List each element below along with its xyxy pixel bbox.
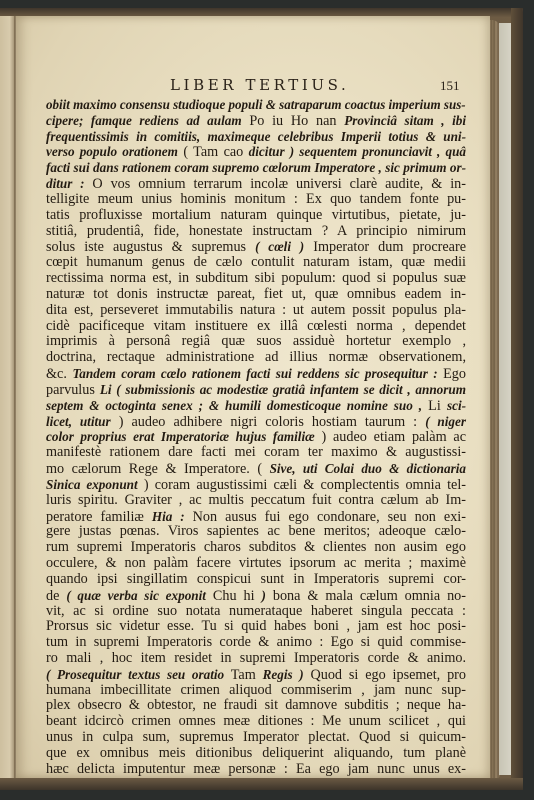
italic-text-segment: ( quæ verba sic exponit — [66, 588, 206, 603]
text-line: facti sui dans rationem coram supremo cœ… — [46, 160, 466, 176]
roman-text-segment: tatis profluxisse mortalium naturam quin… — [46, 207, 466, 223]
roman-text-segment: ) audeo etiam palàm ac — [315, 429, 466, 445]
italic-text-segment: Li ( submissionis ac modestiæ gratiâ inf… — [100, 382, 466, 397]
roman-text-segment: occulere, & non palàm facere virtutes ip… — [46, 555, 466, 571]
text-line: Sinica exponunt ) coram augustissimi cæl… — [46, 477, 466, 493]
roman-text-segment: plex obsecro & obtestor, ne fraudi sit d… — [46, 697, 466, 713]
text-line: beant idcircò crimen omnes meæ ditiones … — [46, 714, 466, 730]
roman-text-segment: luris spiritu. Graviter , ac multis pecc… — [46, 492, 466, 508]
roman-text-segment: cidè pacificeque vitam instituere ex ill… — [46, 318, 466, 334]
text-line: occulere, & non palàm facere virtutes ip… — [46, 556, 466, 572]
roman-text-segment: imprimis à personâ regiâ quæ suos assidu… — [46, 333, 466, 349]
roman-text-segment: unus in culpa sum, supremus Imperator pl… — [46, 729, 466, 745]
italic-text-segment: ( niger — [425, 414, 466, 429]
italic-text-segment: sci- — [447, 398, 466, 413]
text-line: ( Prosequitur textus seu oratio Tam Regi… — [46, 667, 466, 683]
roman-text-segment: dita est, perseveret immutabilis natura … — [46, 302, 466, 318]
roman-text-segment: Imperator dum procreare — [304, 239, 466, 255]
roman-text-segment: ( Tam cao — [178, 144, 249, 160]
text-line: verso populo orationem ( Tam cao dicitur… — [46, 144, 466, 160]
text-line: obiit maximo consensu studioque populi &… — [46, 97, 461, 113]
text-line: vit, ac si ordine suo notata numerataque… — [46, 604, 466, 620]
running-head-title: LIBER TERTIUS. — [170, 76, 349, 94]
roman-text-segment: mo cælorum Rege & Imperatore. ( — [46, 461, 270, 477]
italic-text-segment: facti sui dans rationem coram supremo cœ… — [46, 160, 466, 175]
text-line: cœpit humanum genus de cælo contulit nat… — [46, 255, 466, 271]
roman-text-segment: O vos omnium terrarum incolæ universi cl… — [84, 176, 466, 192]
roman-text-segment: Li — [422, 398, 447, 414]
roman-text-segment: humana imbecillitate crimen aliquod comm… — [46, 682, 466, 698]
italic-text-segment: ( cœli ) — [255, 239, 304, 254]
text-line: stitiâ, prudentiâ, fide, honestate instr… — [46, 224, 466, 240]
roman-text-segment: tum in supremi Imperatoris corde & animo… — [46, 634, 466, 650]
text-line: luris spiritu. Graviter , ac multis pecc… — [46, 493, 466, 509]
text-line: cipere; famque rediens ad aulam Po iu Ho… — [46, 113, 466, 129]
text-line: hæc delicta imputentur meæ personæ : Ea … — [46, 762, 466, 778]
roman-text-segment: gere justas pœnas. Viros sapientes ac be… — [46, 523, 466, 539]
text-line: tatis profluxisse mortalium naturam quin… — [46, 208, 466, 224]
text-line: telligite meum unius hominis monitum : E… — [46, 192, 466, 208]
roman-text-segment: peratore familiæ — [46, 509, 152, 525]
italic-text-segment: obiit maximo consensu studioque populi &… — [46, 97, 466, 112]
roman-text-segment: naturæ tot donis instructæ pareat, fiet … — [46, 286, 466, 302]
page-number: 151 — [440, 78, 460, 94]
italic-text-segment: cipere; famque rediens ad aulam — [46, 113, 242, 128]
roman-text-segment: que ex omnibus meis ditionibus deliqueri… — [46, 745, 466, 761]
text-line: solus iste augustus & supremus ( cœli ) … — [46, 239, 466, 255]
roman-text-segment: de — [46, 588, 66, 604]
text-line: gere justas pœnas. Viros sapientes ac be… — [46, 524, 466, 540]
body-text: obiit maximo consensu studioque populi &… — [46, 97, 466, 778]
roman-text-segment: manifestè rationem dare facti mei coram … — [46, 444, 466, 460]
text-line: imprimis à personâ regiâ quæ suos assidu… — [46, 334, 466, 350]
italic-text-segment: licet, utitur — [46, 414, 111, 429]
text-line: tum in supremi Imperatoris corde & animo… — [46, 635, 466, 651]
roman-text-segment: Prorsus sic videtur esse. Tu si quid hab… — [46, 618, 466, 634]
roman-text-segment: Tam — [224, 667, 262, 683]
text-line: color proprius erat Imperatoriæ hujus fa… — [46, 429, 466, 445]
text-line: septem & octoginta senex ; & humili dome… — [46, 398, 466, 414]
text-line: mo cælorum Rege & Imperatore. ( Sive, ut… — [46, 461, 466, 477]
roman-text-segment: ro mali , hoc item residet in supremi Im… — [46, 650, 466, 666]
roman-text-segment: ) audeo adhibere nigri coloris hostiam t… — [111, 414, 426, 430]
roman-text-segment: Non ausus fui ego condonare, seu non exi… — [185, 509, 466, 525]
scan-background: LIBER TERTIUS. 151 obiit maximo consensu… — [0, 0, 534, 800]
text-line: rum supremi Imperatoris charos subditos … — [46, 540, 466, 556]
roman-text-segment: beant idcircò crimen omnes meæ ditiones … — [46, 713, 466, 729]
text-line: manifestè rationem dare facti mei coram … — [46, 445, 466, 461]
text-line: cidè pacificeque vitam instituere ex ill… — [46, 319, 466, 335]
italic-text-segment: ditur : — [46, 176, 84, 191]
text-line: parvulus Li ( submissionis ac modestiæ g… — [46, 382, 466, 398]
roman-text-segment: quando ipsi singillatim conspicui sunt i… — [46, 571, 466, 587]
roman-text-segment: parvulus — [46, 382, 100, 398]
italic-text-segment: septem & octoginta senex ; & humili dome… — [46, 398, 422, 413]
roman-text-segment: telligite meum unius hominis monitum : E… — [46, 191, 466, 207]
text-line: &c. Tandem coram cælo rationem facti sui… — [46, 366, 466, 382]
roman-text-segment: hæc delicta imputentur meæ personæ : Ea … — [46, 761, 466, 777]
text-line: de ( quæ verba sic exponit Chu hi ) bona… — [46, 588, 466, 604]
italic-text-segment: verso populo orationem — [46, 144, 178, 159]
running-head: LIBER TERTIUS. 151 — [140, 76, 470, 96]
text-line: que ex omnibus meis ditionibus deliqueri… — [46, 746, 466, 762]
text-line: ro mali , hoc item residet in supremi Im… — [46, 651, 466, 667]
roman-text-segment: cœpit humanum genus de cælo contulit nat… — [46, 254, 466, 270]
text-line: frequentissimis in comitiis, maximeque c… — [46, 129, 466, 145]
text-line: Prorsus sic videtur esse. Tu si quid hab… — [46, 619, 466, 635]
text-line: quando ipsi singillatim conspicui sunt i… — [46, 572, 466, 588]
italic-text-segment: Hia : — [152, 509, 185, 524]
text-line: unus in culpa sum, supremus Imperator pl… — [46, 730, 466, 746]
italic-text-segment: Sinica exponunt — [46, 477, 138, 492]
italic-text-segment: frequentissimis in comitiis, maximeque c… — [46, 129, 466, 144]
text-line: rectissima norma est, in subditum sibi p… — [46, 271, 466, 287]
text-line: licet, utitur ) audeo adhibere nigri col… — [46, 414, 466, 430]
italic-text-segment: Regis ) — [263, 667, 304, 682]
roman-text-segment: rectissima norma est, in subditum sibi p… — [46, 270, 466, 286]
italic-text-segment: Sive, uti Colai duo & dictionaria — [270, 461, 466, 476]
text-line: peratore familiæ Hia : Non ausus fui ego… — [46, 509, 466, 525]
italic-text-segment: ( Prosequitur textus seu oratio — [46, 667, 224, 682]
roman-text-segment: vit, ac si ordine suo notata numerataque… — [46, 603, 466, 619]
italic-text-segment: Provinciâ sitam , ibi — [344, 113, 466, 128]
facing-page-edge — [0, 16, 15, 779]
roman-text-segment: rum supremi Imperatoris charos subditos … — [46, 539, 466, 555]
text-line: plex obsecro & obtestor, ne fraudi sit d… — [46, 698, 466, 714]
text-line: ditur : O vos omnium terrarum incolæ uni… — [46, 176, 466, 192]
text-line: doctrina, rectaque administratione ad il… — [46, 350, 466, 366]
book-cover-right-edge — [511, 8, 523, 790]
italic-text-segment: Tandem coram cælo rationem facti sui red… — [72, 366, 437, 381]
text-line: humana imbecillitate crimen aliquod comm… — [46, 683, 466, 699]
roman-text-segment: ) coram augustissimi cæli & complectenti… — [138, 477, 466, 493]
roman-text-segment: &c. — [46, 366, 72, 382]
text-line: dita est, perseveret immutabilis natura … — [46, 303, 466, 319]
roman-text-segment: stitiâ, prudentiâ, fide, honestate instr… — [46, 223, 466, 239]
roman-text-segment: Po iu Ho nan — [242, 113, 345, 129]
roman-text-segment: solus iste augustus & supremus — [46, 239, 255, 255]
roman-text-segment: Quod si ego ipsemet, pro — [304, 667, 466, 683]
book-cover-bottom-edge — [0, 778, 523, 790]
roman-text-segment: bona & mala cælum omnia no- — [266, 588, 466, 604]
italic-text-segment: dicitur ) sequentem pronunciavit , quâ — [249, 144, 466, 159]
roman-text-segment: doctrina, rectaque administratione ad il… — [46, 349, 466, 365]
text-line: naturæ tot donis instructæ pareat, fiet … — [46, 287, 466, 303]
italic-text-segment: color proprius erat Imperatoriæ hujus fa… — [46, 429, 315, 444]
roman-text-segment: Ego — [438, 366, 466, 382]
roman-text-segment: Chu hi — [206, 588, 262, 604]
